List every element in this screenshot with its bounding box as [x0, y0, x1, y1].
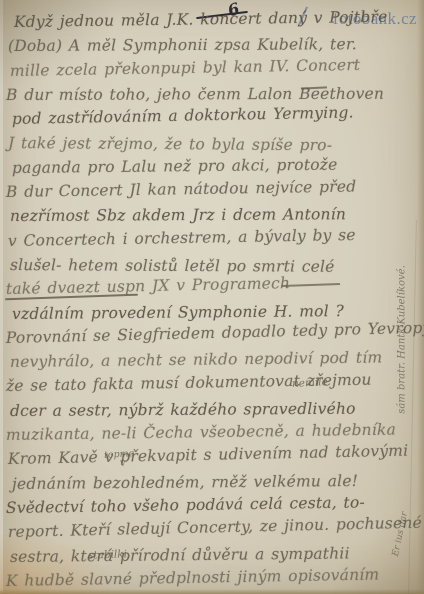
scanned-letter-page: fotobank.cz 6 Když jednou měla J.K. konc… — [0, 0, 424, 594]
handwritten-line: že se tato fakta musí dokumentovat zřejm… — [6, 370, 424, 402]
inserted-word: nemile — [292, 376, 328, 390]
handwritten-line: Když jednou měla J.K. koncert daný v Poj… — [14, 7, 424, 37]
insertion-caret-mark: v — [120, 458, 126, 469]
letter-body: Když jednou měla J.K. koncert daný v Poj… — [2, 13, 424, 594]
inserted-word: stabilki — [88, 548, 127, 561]
margin-note-vertical: sám bratr. Hantk Kubelíkové. — [397, 200, 408, 480]
handwritten-line: B dur Concert Jl kan nátodou nejvíce pře… — [6, 177, 424, 208]
